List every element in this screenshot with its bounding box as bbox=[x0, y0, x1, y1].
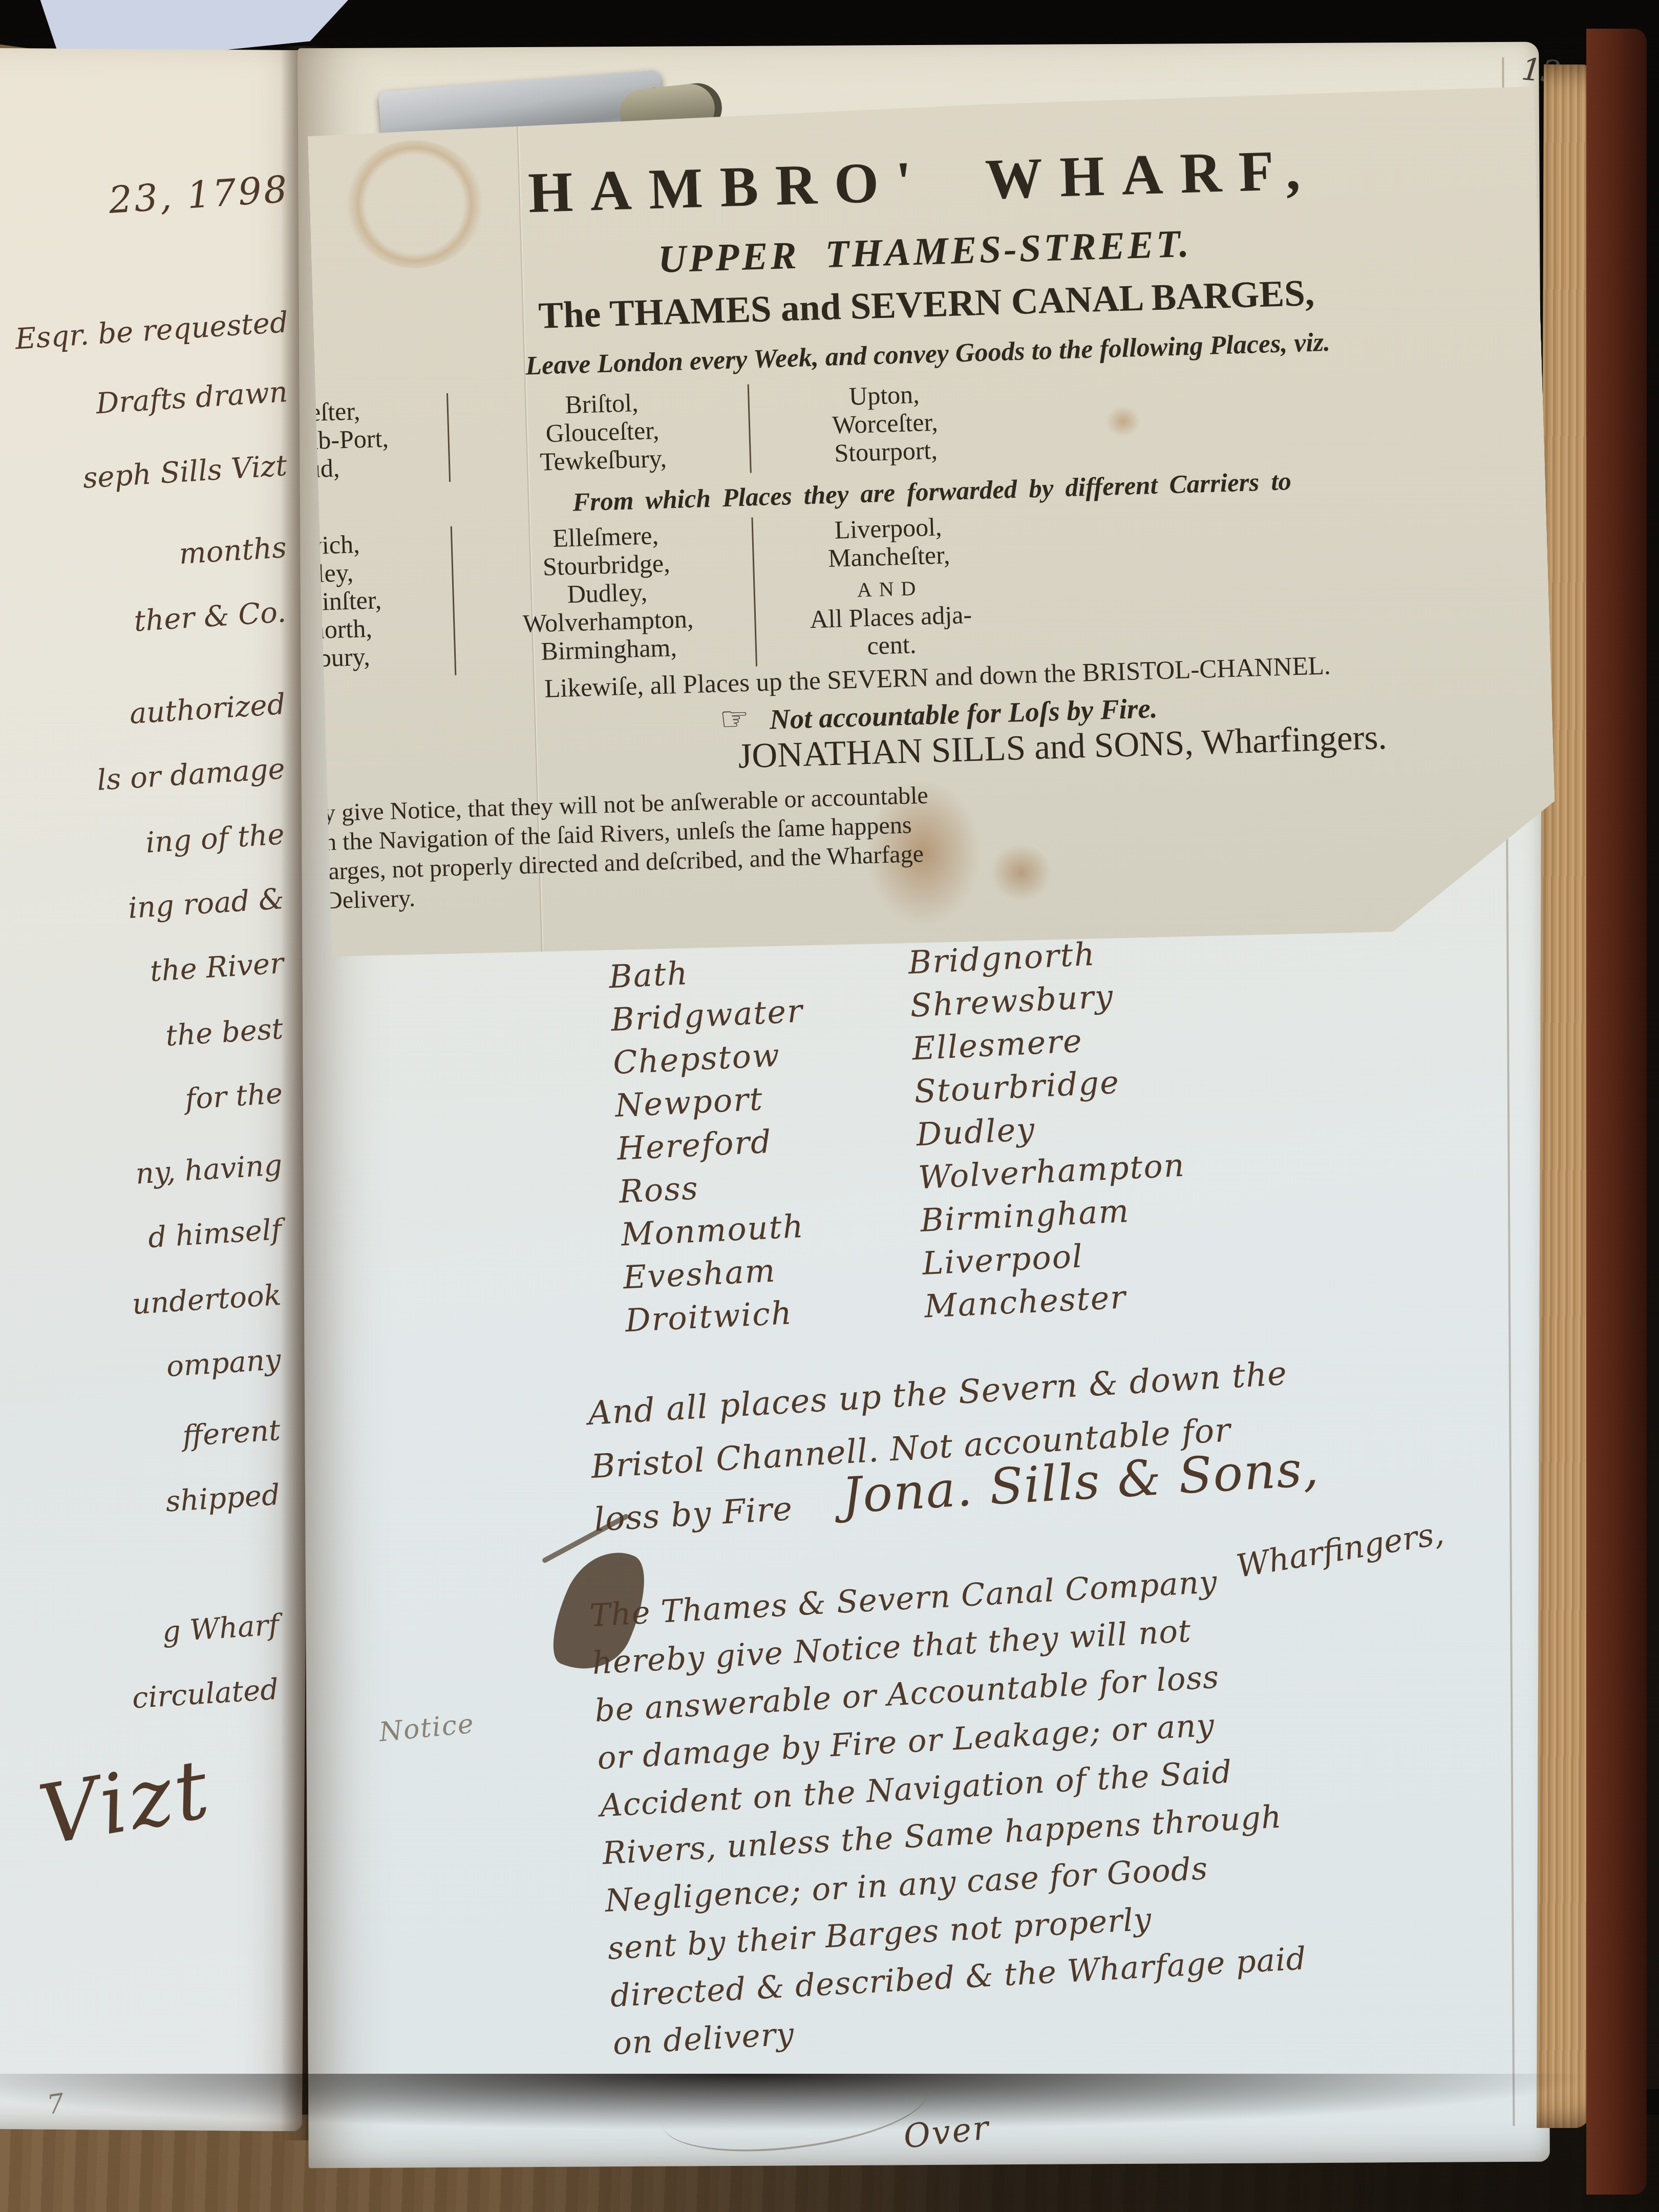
left-page-line: the River bbox=[0, 946, 292, 999]
left-page-line: the best bbox=[0, 1012, 291, 1065]
left-page-line: ny, having bbox=[0, 1148, 290, 1201]
place-list-left-column: BathBridgwaterChepstowNewportHerefordRos… bbox=[608, 942, 925, 1343]
stain-spot bbox=[1099, 400, 1146, 443]
left-page-line: ing road & bbox=[0, 882, 292, 934]
left-page-line: Drafts drawn bbox=[0, 375, 296, 428]
book-photograph: 23, 1798 Esqr. be requested Drafts drawn… bbox=[0, 0, 1659, 2212]
left-page-line: fferent bbox=[0, 1413, 288, 1466]
left-page-line: circulated bbox=[0, 1672, 287, 1725]
left-page-line: g Wharf bbox=[0, 1608, 287, 1661]
place-list-right-column: BridgnorthShrewsburyEllesmereStourbridge… bbox=[907, 918, 1424, 1328]
left-page-line: d himself bbox=[0, 1213, 290, 1265]
left-page-line: ls or damage bbox=[0, 752, 293, 804]
left-page-viz-flourish: Vizt bbox=[32, 1740, 218, 1863]
left-page-date: 23, 1798 bbox=[0, 167, 297, 229]
left-page-line: authorized bbox=[0, 687, 293, 740]
carriers-column: Liverpool,Mancheſter,ANDAll Places adja-… bbox=[751, 509, 1020, 666]
book-bottom-shadow bbox=[0, 2074, 1659, 2140]
left-page-line: ing of the bbox=[0, 817, 293, 870]
left-page-line: for the bbox=[0, 1076, 291, 1129]
left-page: 23, 1798 Esqr. be requested Drafts drawn… bbox=[0, 48, 316, 2131]
handwritten-place-list: BathBridgwaterChepstowNewportHerefordRos… bbox=[608, 918, 1424, 1343]
stain-blot bbox=[979, 833, 1063, 912]
left-page-line: Esqr. be requested bbox=[0, 305, 296, 358]
carriers-column: Elleſmere,Stourbridge,Dudley,Wolverhampt… bbox=[450, 518, 755, 675]
left-page-line: undertook bbox=[0, 1278, 289, 1331]
left-page-line: shipped bbox=[0, 1478, 288, 1530]
pasted-printed-notice: HAMBRO' WHARF, UPPER THAMES-STREET. The … bbox=[307, 87, 1559, 963]
left-page-line: ompany bbox=[0, 1343, 289, 1395]
handwritten-notice-paragraph: The Thames & Severn Canal Companyhereby … bbox=[588, 1555, 1310, 2068]
destinations-column: Briſtol,Glouceſter,Tewkeſbury, bbox=[446, 385, 750, 482]
margin-note: Notice bbox=[378, 1709, 476, 1748]
left-page-line: seph Sills Vizt bbox=[0, 449, 295, 501]
left-page-line: months bbox=[0, 530, 294, 583]
manicule-icon: ☞ bbox=[719, 700, 750, 739]
destinations-column: Upton,Worceſter,Stourport, bbox=[747, 376, 1014, 473]
left-page-line: ther & Co. bbox=[0, 595, 294, 648]
book-leather-cover-edge bbox=[1586, 29, 1647, 2195]
